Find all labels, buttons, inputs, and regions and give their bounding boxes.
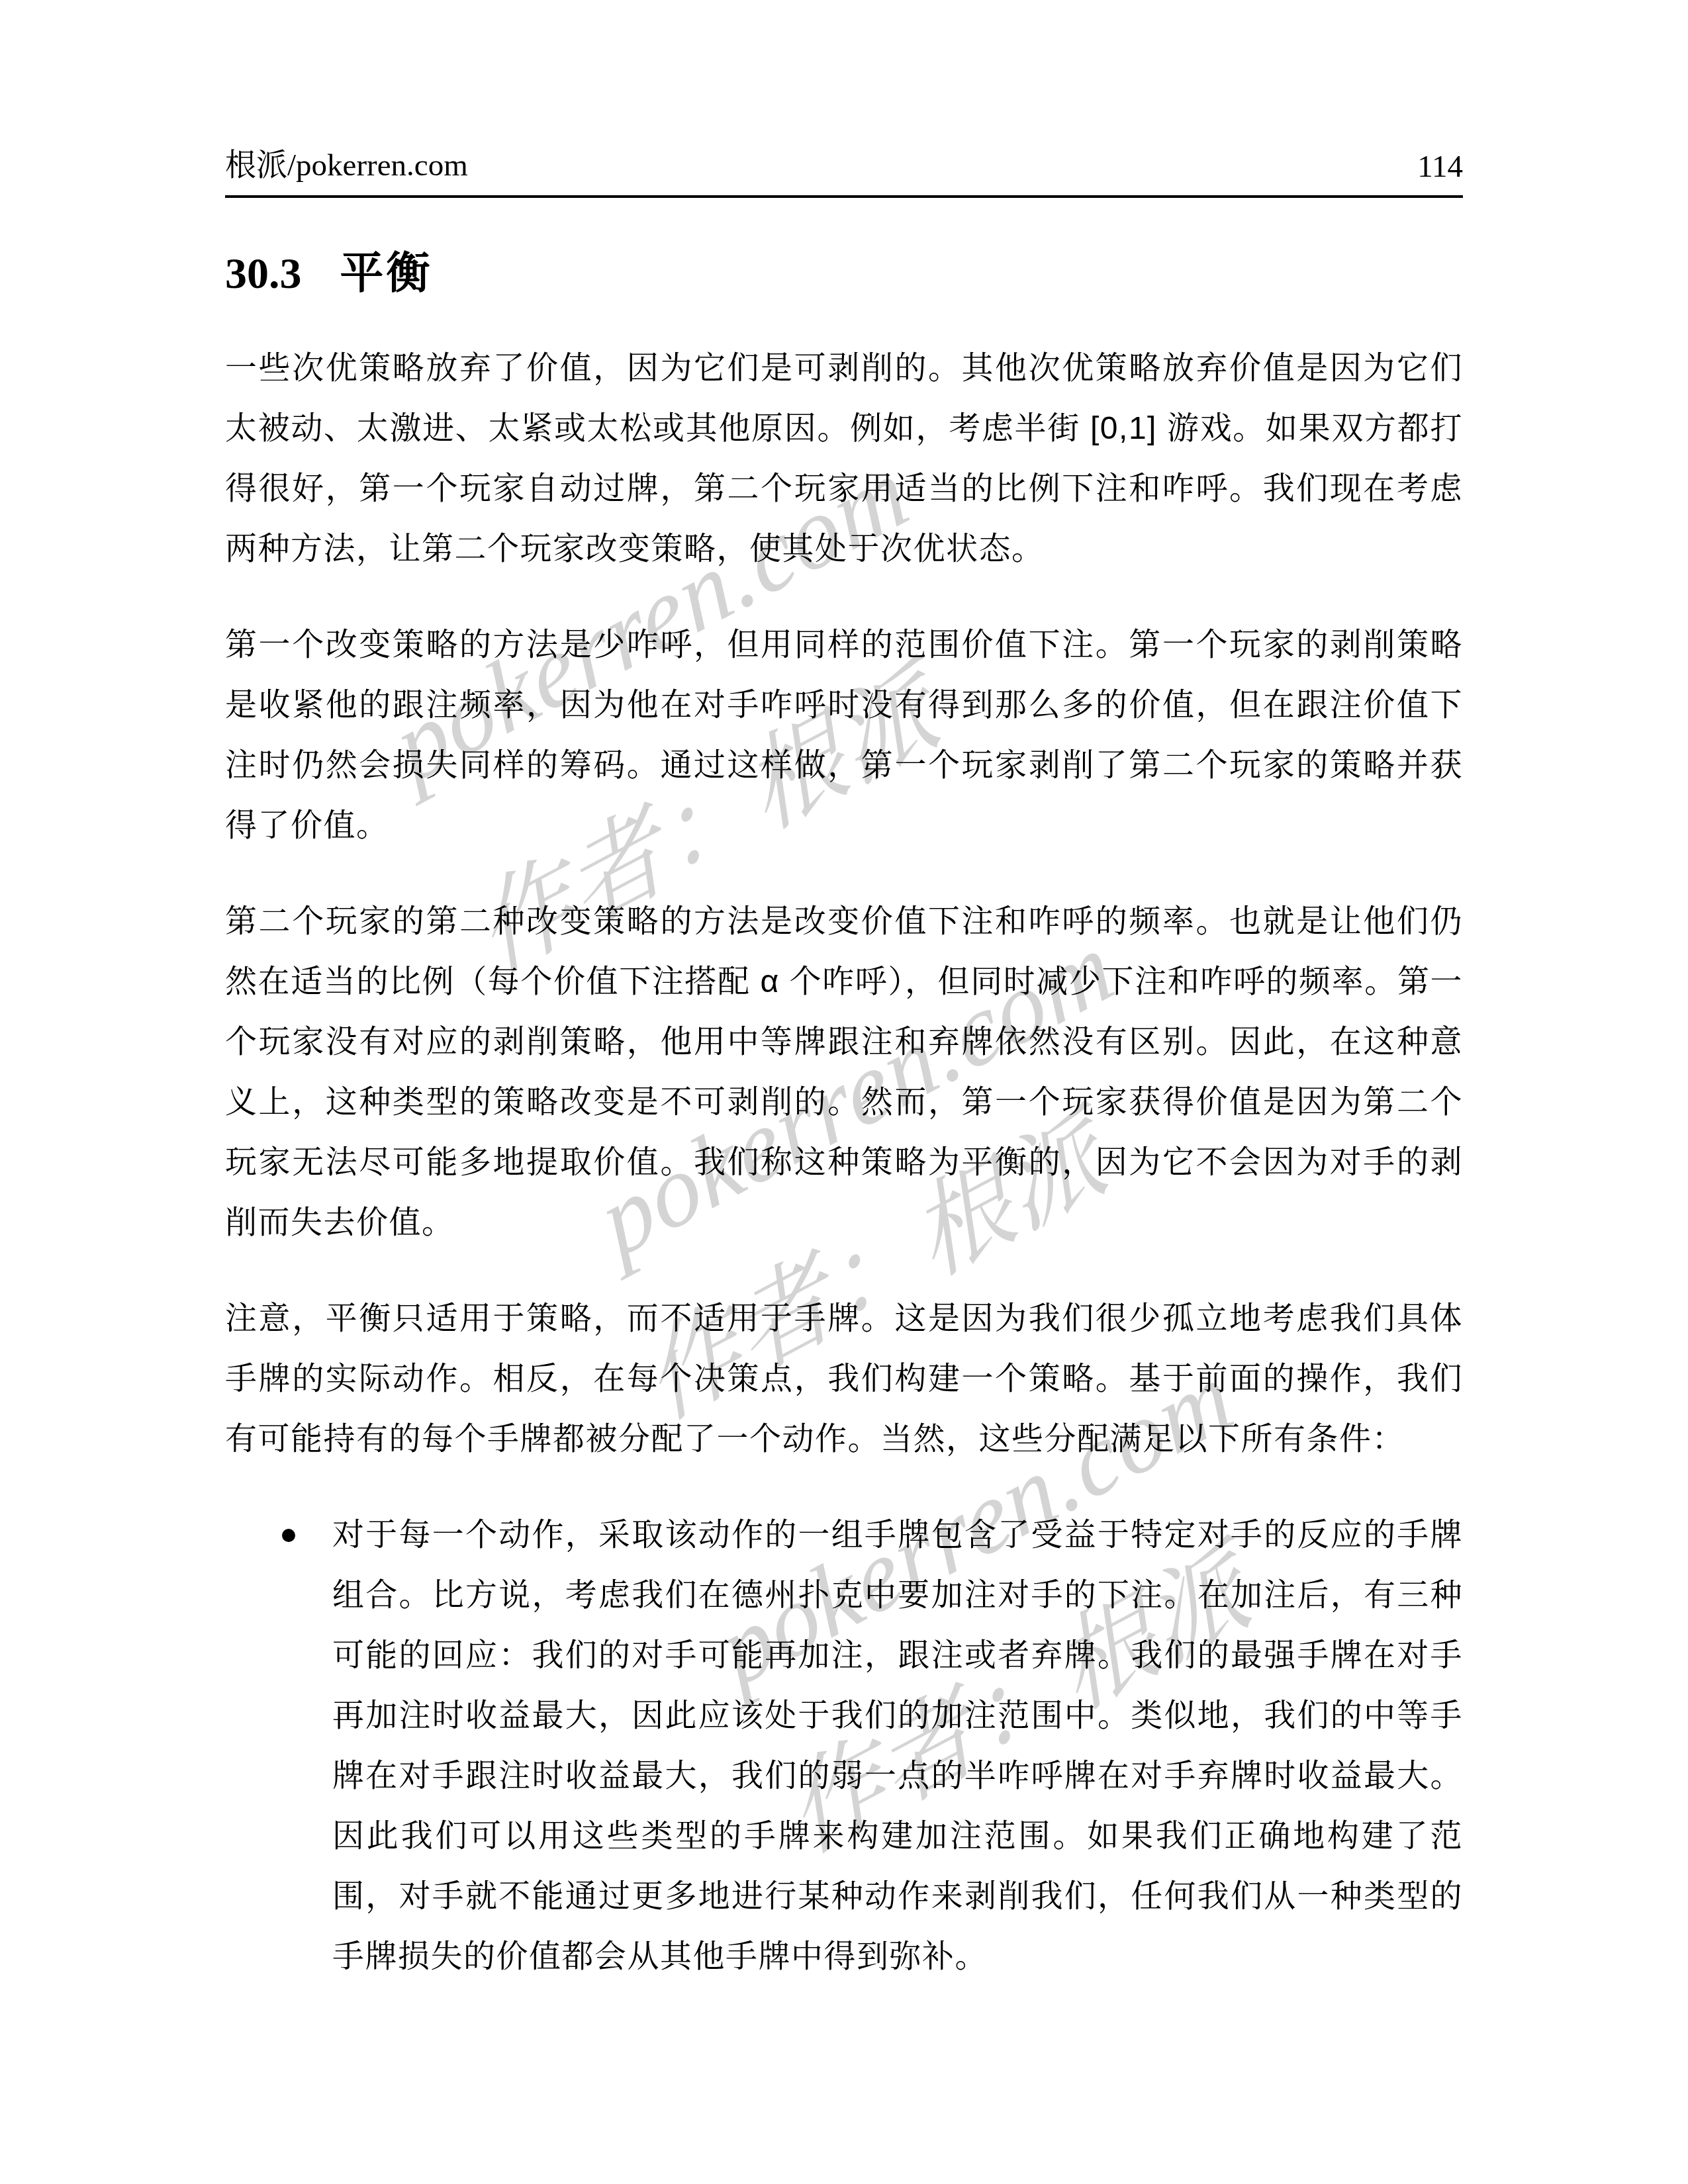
- list-item-text: 对于每一个动作，采取该动作的一组手牌包含了受益于特定对手的反应的手牌组合。比方说…: [332, 1518, 1463, 1974]
- page-number: 114: [1417, 149, 1463, 185]
- paragraph-1: 一些次优策略放弃了价值，因为它们是可剥削的。其他次优策略放弃价值是因为它们太被动…: [225, 338, 1463, 579]
- list-item: 对于每一个动作，采取该动作的一组手牌包含了受益于特定对手的反应的手牌组合。比方说…: [225, 1505, 1463, 1987]
- page-header: 根派/pokerren.com 114: [225, 140, 1463, 198]
- section-number: 30.3: [225, 250, 302, 298]
- document-page: pokerren.com 作者：根派 pokerren.com 作者：根派 po…: [0, 0, 1688, 2184]
- bullet-icon: [282, 1529, 295, 1542]
- running-head: 根派/pokerren.com: [225, 140, 468, 185]
- paragraph-4: 注意，平衡只适用于策略，而不适用于手牌。这是因为我们很少孤立地考虑我们具体手牌的…: [225, 1289, 1463, 1469]
- paragraph-3: 第二个玩家的第二种改变策略的方法是改变价值下注和咋呼的频率。也就是让他们仍然在适…: [225, 891, 1463, 1253]
- section-title: 平衡: [340, 248, 433, 297]
- paragraph-2: 第一个改变策略的方法是少咋呼，但用同样的范围价值下注。第一个玩家的剥削策略是收紧…: [225, 615, 1463, 856]
- bullet-list: 对于每一个动作，采取该动作的一组手牌包含了受益于特定对手的反应的手牌组合。比方说…: [225, 1505, 1463, 1987]
- page-content: 根派/pokerren.com 114 30.3平衡 一些次优策略放弃了价值，因…: [0, 0, 1688, 1987]
- section-heading: 30.3平衡: [225, 251, 1463, 296]
